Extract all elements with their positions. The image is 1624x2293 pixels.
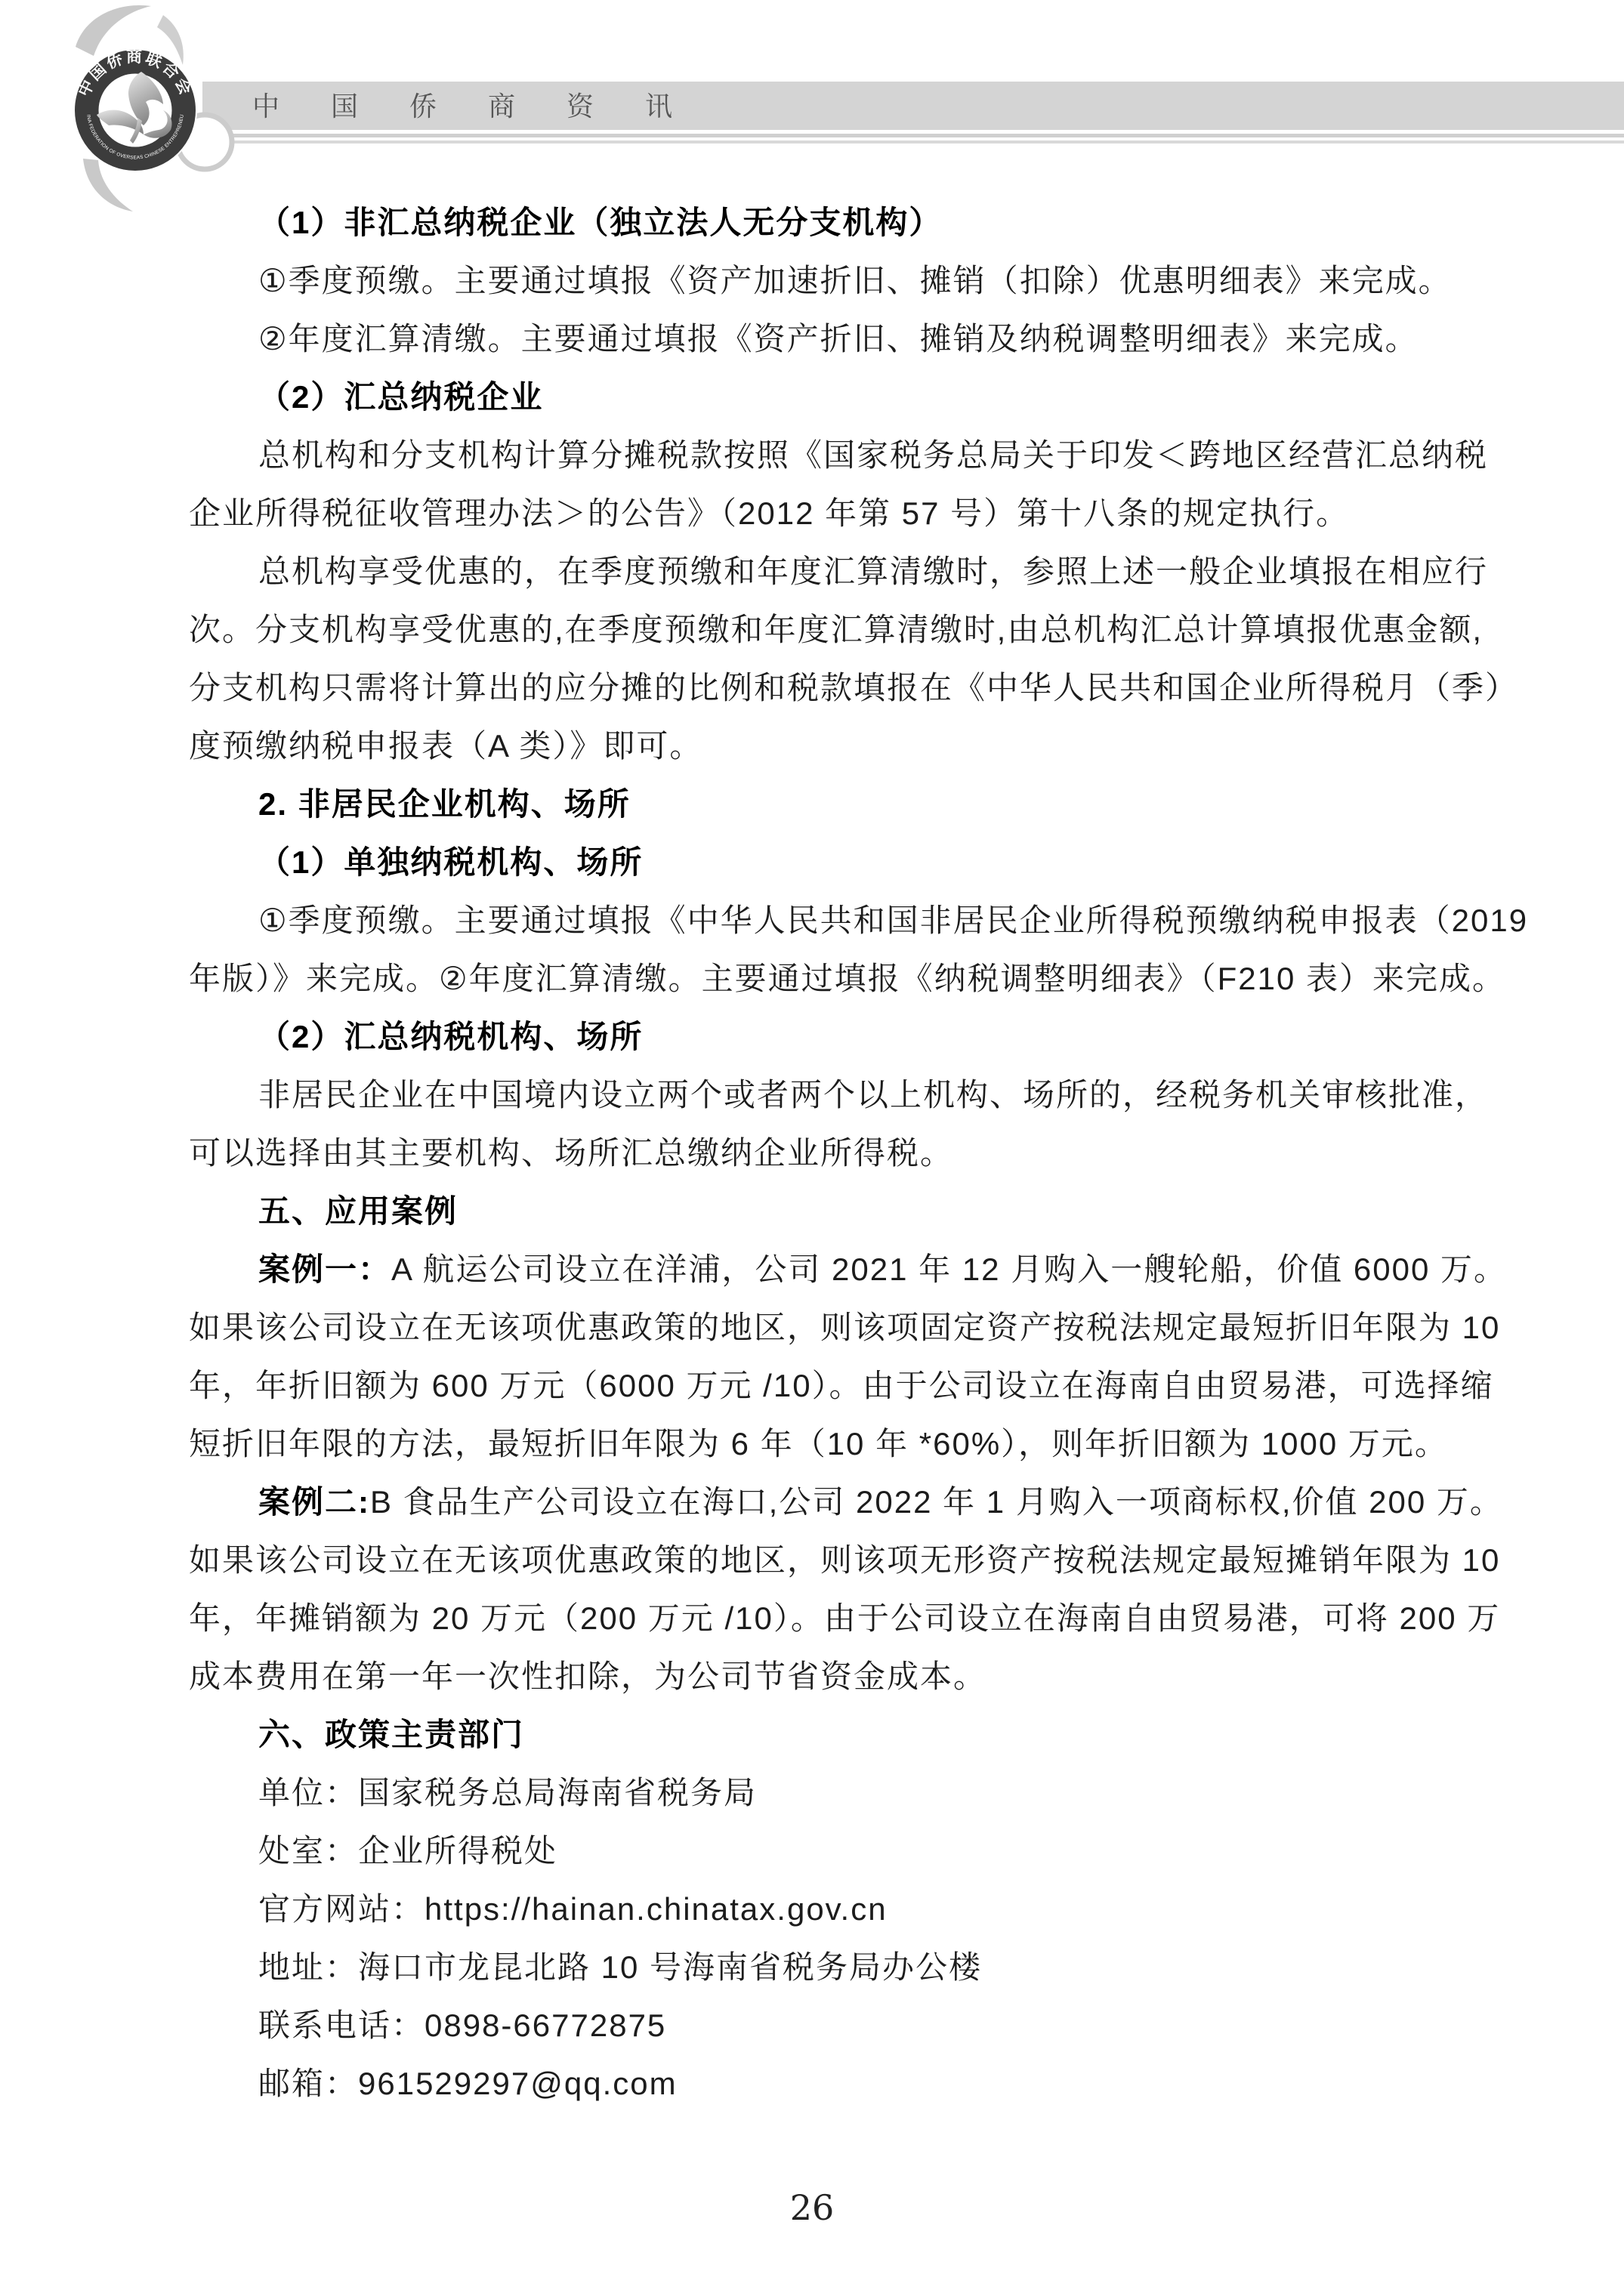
text-run: 可以选择由其主要机构、场所汇总缴纳企业所得税。: [189, 1135, 953, 1171]
text-line: 分支机构只需将计算出的应分摊的比例和税款填报在《中华人民共和国企业所得税月（季）: [189, 659, 1450, 717]
text-line: 年，年折旧额为 600 万元（6000 万元 /10）。由于公司设立在海南自由贸…: [189, 1356, 1450, 1415]
document-page: 中国侨商资讯 中国侨商联合会: [0, 0, 1624, 2293]
text-line: 企业所得税征收管理办法＞的公告》（2012 年第 57 号）第十八条的规定执行。: [189, 484, 1450, 542]
text-run: 总机构享受优惠的，在季度预缴和年度汇算清缴时，参照上述一般企业填报在相应行: [258, 554, 1488, 589]
document-body: （1）非汇总纳税企业（独立法人无分支机构）①季度预缴。主要通过填报《资产加速折旧…: [189, 193, 1450, 2112]
text-run: 度预缴纳税申报表（A 类）》即可。: [189, 728, 702, 764]
text-line: ①季度预缴。主要通过填报《中华人民共和国非居民企业所得税预缴纳税申报表（2019: [189, 891, 1450, 949]
text-run-bold: （2）汇总纳税企业: [258, 379, 543, 415]
text-run: 如果该公司设立在无该项优惠政策的地区，则该项固定资产按税法规定最短折旧年限为 1…: [189, 1310, 1500, 1345]
text-line: 年，年摊销额为 20 万元（200 万元 /10）。由于公司设立在海南自由贸易港…: [189, 1589, 1450, 1647]
text-line: （2）汇总纳税机构、场所: [189, 1008, 1450, 1066]
text-line: 五、应用案例: [189, 1182, 1450, 1240]
text-run-bold: 案例二:: [258, 1484, 370, 1520]
text-line: 处室：企业所得税处: [189, 1822, 1450, 1880]
text-line: （1）单独纳税机构、场所: [189, 833, 1450, 891]
text-line: 联系电话：0898-66772875: [189, 1996, 1450, 2054]
text-run: 处室：企业所得税处: [258, 1833, 557, 1869]
text-run: B 食品生产公司设立在海口,公司 2022 年 1 月购入一项商标权,价值 20…: [370, 1484, 1503, 1520]
text-run: 如果该公司设立在无该项优惠政策的地区，则该项无形资产按税法规定最短摊销年限为 1…: [189, 1542, 1500, 1578]
text-run-bold: 案例一：: [258, 1251, 391, 1287]
text-line: 2. 非居民企业机构、场所: [189, 775, 1450, 833]
text-run: 邮箱：961529297@qq.com: [258, 2066, 678, 2101]
text-line: 可以选择由其主要机构、场所汇总缴纳企业所得税。: [189, 1124, 1450, 1182]
text-run: ①季度预缴。主要通过填报《资产加速折旧、摊销（扣除）优惠明细表》来完成。: [258, 263, 1452, 298]
header-rule-bottom: [227, 140, 1624, 144]
text-line: 成本费用在第一年一次性扣除，为公司节省资金成本。: [189, 1647, 1450, 1705]
text-line: 非居民企业在中国境内设立两个或者两个以上机构、场所的，经税务机关审核批准，: [189, 1066, 1450, 1124]
page-number: 26: [0, 2187, 1624, 2228]
text-run: 单位：国家税务总局海南省税务局: [258, 1775, 757, 1810]
text-run: 短折旧年限的方法，最短折旧年限为 6 年（10 年 *60%），则年折旧额为 1…: [189, 1426, 1448, 1461]
text-line: 邮箱：961529297@qq.com: [189, 2054, 1450, 2112]
text-run: A 航运公司设立在洋浦，公司 2021 年 12 月购入一艘轮船，价值 6000…: [391, 1251, 1507, 1287]
text-line: 如果该公司设立在无该项优惠政策的地区，则该项固定资产按税法规定最短折旧年限为 1…: [189, 1298, 1450, 1356]
text-line: 度预缴纳税申报表（A 类）》即可。: [189, 717, 1450, 775]
header-rule-top: [227, 134, 1624, 137]
text-run: 联系电话：0898-66772875: [258, 2008, 666, 2043]
text-run: 非居民企业在中国境内设立两个或者两个以上机构、场所的，经税务机关审核批准，: [258, 1077, 1488, 1113]
text-run: 企业所得税征收管理办法＞的公告》（2012 年第 57 号）第十八条的规定执行。: [189, 495, 1349, 531]
text-line: （2）汇总纳税企业: [189, 368, 1450, 426]
text-line: 案例二:B 食品生产公司设立在海口,公司 2022 年 1 月购入一项商标权,价…: [189, 1473, 1450, 1531]
text-line: 单位：国家税务总局海南省税务局: [189, 1764, 1450, 1822]
text-run: ②年度汇算清缴。主要通过填报《资产折旧、摊销及纳税调整明细表》来完成。: [258, 321, 1419, 356]
text-line: 官方网站：https://hainan.chinatax.gov.cn: [189, 1880, 1450, 1938]
text-run-bold: 六、政策主责部门: [258, 1717, 524, 1752]
text-run: 分支机构只需将计算出的应分摊的比例和税款填报在《中华人民共和国企业所得税月（季）: [189, 670, 1518, 705]
text-line: 案例一：A 航运公司设立在洋浦，公司 2021 年 12 月购入一艘轮船，价值 …: [189, 1240, 1450, 1298]
text-line: ①季度预缴。主要通过填报《资产加速折旧、摊销（扣除）优惠明细表》来完成。: [189, 252, 1450, 310]
text-run-bold: 2. 非居民企业机构、场所: [258, 786, 631, 822]
text-run-bold: 五、应用案例: [258, 1193, 458, 1229]
text-line: 总机构和分支机构计算分摊税款按照《国家税务总局关于印发＜跨地区经营汇总纳税: [189, 426, 1450, 484]
text-run-bold: （1）单独纳税机构、场所: [258, 844, 643, 880]
text-run: 年版）》来完成。②年度汇算清缴。主要通过填报《纳税调整明细表》（F210 表）来…: [189, 961, 1505, 996]
text-run: 年，年折旧额为 600 万元（6000 万元 /10）。由于公司设立在海南自由贸…: [189, 1368, 1494, 1403]
text-run: 年，年摊销额为 20 万元（200 万元 /10）。由于公司设立在海南自由贸易港…: [189, 1600, 1500, 1636]
text-run: 官方网站：https://hainan.chinatax.gov.cn: [258, 1891, 888, 1927]
text-run-bold: （1）非汇总纳税企业（独立法人无分支机构）: [258, 205, 942, 240]
cfoce-logo-icon: 中国侨商联合会 CHINA FEDERATION OF OVERSEAS CHI…: [30, 0, 272, 227]
text-line: 地址：海口市龙昆北路 10 号海南省税务局办公楼: [189, 1938, 1450, 1996]
text-run: 地址：海口市龙昆北路 10 号海南省税务局办公楼: [258, 1949, 982, 1985]
text-run-bold: （2）汇总纳税机构、场所: [258, 1019, 643, 1054]
text-run: 成本费用在第一年一次性扣除，为公司节省资金成本。: [189, 1659, 986, 1694]
header-title: 中国侨商资讯: [252, 82, 724, 130]
swoosh-top-icon: [76, 5, 151, 56]
body-lines: （1）非汇总纳税企业（独立法人无分支机构）①季度预缴。主要通过填报《资产加速折旧…: [189, 193, 1450, 2112]
text-line: 六、政策主责部门: [189, 1705, 1450, 1764]
text-run: 总机构和分支机构计算分摊税款按照《国家税务总局关于印发＜跨地区经营汇总纳税: [258, 437, 1488, 473]
text-run: ①季度预缴。主要通过填报《中华人民共和国非居民企业所得税预缴纳税申报表（2019: [258, 903, 1528, 938]
text-line: 短折旧年限的方法，最短折旧年限为 6 年（10 年 *60%），则年折旧额为 1…: [189, 1415, 1450, 1473]
text-line: 年版）》来完成。②年度汇算清缴。主要通过填报《纳税调整明细表》（F210 表）来…: [189, 949, 1450, 1008]
text-line: （1）非汇总纳税企业（独立法人无分支机构）: [189, 193, 1450, 252]
text-line: ②年度汇算清缴。主要通过填报《资产折旧、摊销及纳税调整明细表》来完成。: [189, 310, 1450, 368]
text-line: 次。分支机构享受优惠的,在季度预缴和年度汇算清缴时,由总机构汇总计算填报优惠金额…: [189, 600, 1450, 659]
text-line: 总机构享受优惠的，在季度预缴和年度汇算清缴时，参照上述一般企业填报在相应行: [189, 542, 1450, 600]
text-run: 次。分支机构享受优惠的,在季度预缴和年度汇算清缴时,由总机构汇总计算填报优惠金额…: [189, 612, 1483, 647]
text-line: 如果该公司设立在无该项优惠政策的地区，则该项无形资产按税法规定最短摊销年限为 1…: [189, 1531, 1450, 1589]
